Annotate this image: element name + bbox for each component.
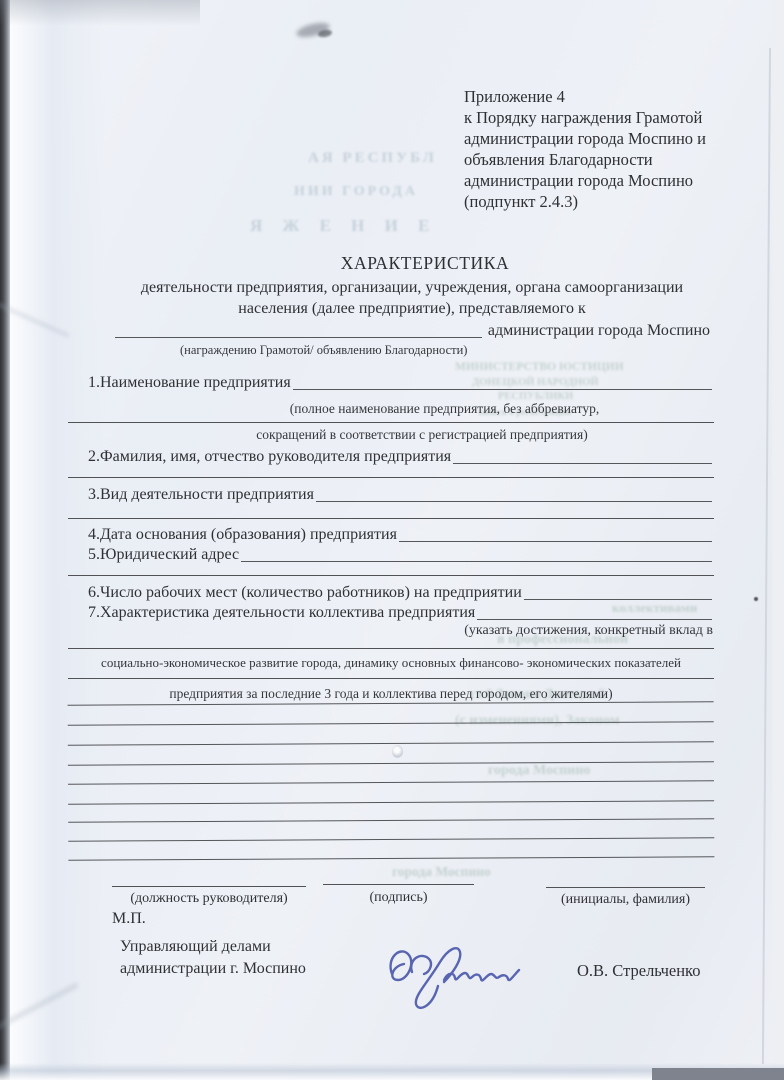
- document-title: ХАРАКТЕРИСТИКА: [115, 253, 735, 274]
- signature-caption: (подпись): [323, 890, 474, 906]
- field-label: 3.Вид деятельности предприятия: [88, 485, 314, 504]
- field-row-3: 3.Вид деятельности предприятия: [88, 485, 712, 504]
- bleedthrough-text: Я Ж Е Н И Е: [250, 216, 437, 236]
- ruled-line: [68, 648, 714, 649]
- ruled-line: [68, 477, 714, 478]
- field-hint: (полное наименование предприятия, без аб…: [180, 401, 709, 417]
- field-label: 1.Наименование предприятия: [88, 373, 291, 392]
- scanner-edge: [0, 0, 10, 1080]
- appendix-line: Приложение 4: [464, 86, 736, 107]
- field-underline: [399, 541, 712, 542]
- signature-underline-position: [112, 886, 306, 887]
- ruled-line: [68, 678, 714, 679]
- approver-position-line: Управляющий делами: [120, 936, 306, 958]
- document-subtitle-line: деятельности предприятия, организации, у…: [88, 279, 736, 297]
- scan-background-right: [772, 0, 784, 1080]
- field-row-5: 5.Юридический адрес: [88, 545, 712, 564]
- field-label: 5.Юридический адрес: [88, 545, 239, 564]
- field-label: 6.Число рабочих мест (количество работни…: [88, 583, 522, 602]
- blank-write-line: [68, 761, 714, 765]
- blank-write-line: [68, 800, 714, 804]
- field-row-7: 7.Характеристика деятельности коллектива…: [88, 603, 712, 622]
- award-row: администрации города Моспино: [115, 321, 710, 340]
- paper-right-edge: [762, 48, 771, 1064]
- award-suffix: администрации города Моспино: [488, 321, 710, 340]
- field-underline: [524, 599, 712, 600]
- field-underline: [453, 463, 712, 464]
- appendix-line: администрации города Моспино и: [464, 128, 736, 149]
- approver-name: О.В. Стрельченко: [577, 961, 700, 981]
- top-edge-shadow: [0, 0, 200, 26]
- signature-underline-name: [546, 887, 705, 888]
- appendix-line: объявления Благодарности: [464, 149, 736, 170]
- document-subtitle-line: населения (далее предприятие), представл…: [88, 300, 736, 318]
- scanner-bottom-strip: [652, 1068, 784, 1080]
- ruled-line: [68, 422, 714, 423]
- field-hint: социально-экономическое развитие города,…: [68, 655, 714, 671]
- blank-write-line: [68, 856, 714, 860]
- approver-position: Управляющий делами администрации г. Мосп…: [120, 936, 306, 980]
- field-hint: сокращений в соответствии с регистрацией…: [140, 427, 704, 443]
- bleedthrough-text: АЯ РЕСПУБЛ: [308, 150, 437, 167]
- appendix-line: к Порядку награждения Грамотой: [464, 107, 736, 128]
- field-row-6: 6.Число рабочих мест (количество работни…: [88, 583, 712, 602]
- field-underline: [241, 561, 712, 562]
- blank-lines-block: [68, 698, 715, 866]
- field-underline: [316, 501, 712, 502]
- blank-write-line: [68, 721, 714, 725]
- signature-underline-sign: [323, 884, 474, 885]
- dust-speck: [754, 597, 758, 601]
- field-label: 2.Фамилия, имя, отчество руководителя пр…: [88, 447, 451, 466]
- field-row-4: 4.Дата основания (образования) предприят…: [88, 525, 712, 544]
- field-label: 7.Характеристика деятельности коллектива…: [88, 603, 475, 622]
- blank-write-line: [68, 780, 714, 784]
- bleedthrough-text: НИИ ГОРОДА: [294, 184, 418, 200]
- ink-smudge: [317, 29, 332, 38]
- award-caption: (награждению Грамотой/ объявлению Благод…: [180, 343, 467, 358]
- field-underline: [477, 619, 712, 620]
- blank-write-line: [68, 741, 714, 745]
- approver-position-line: администрации г. Моспино: [120, 958, 306, 980]
- scanned-document-page: { "doc": { "appendix_lines": { "l1": "Пр…: [0, 0, 784, 1080]
- blank-write-line: [68, 837, 714, 841]
- signature-caption: (должность руководителя): [112, 891, 306, 907]
- field-label: 4.Дата основания (образования) предприят…: [88, 525, 397, 544]
- blank-write-line: [68, 818, 714, 822]
- field-row-1: 1.Наименование предприятия: [88, 373, 712, 392]
- signature-caption: (инициалы, фамилия): [546, 892, 705, 908]
- field-row-2: 2.Фамилия, имя, отчество руководителя пр…: [88, 447, 712, 466]
- field-underline: [293, 389, 712, 390]
- appendix-block: Приложение 4 к Порядку награждения Грамо…: [464, 86, 736, 212]
- appendix-line: (подпункт 2.4.3): [464, 191, 736, 212]
- field-hint: (указать достижения, конкретный вклад в: [464, 623, 713, 639]
- blank-write-line: [68, 701, 714, 705]
- bleedthrough-stamp: МИНИСТЕРСТВО ЮСТИЦИИ: [455, 361, 624, 373]
- bleedthrough-text: города Моспино: [392, 864, 491, 880]
- ruled-line: [68, 575, 714, 576]
- seal-mark: М.П.: [112, 910, 146, 928]
- handwritten-signature: [368, 928, 528, 1013]
- award-blank-line: [115, 337, 482, 338]
- appendix-line: администрации города Моспино: [464, 170, 736, 191]
- ruled-line: [68, 518, 714, 519]
